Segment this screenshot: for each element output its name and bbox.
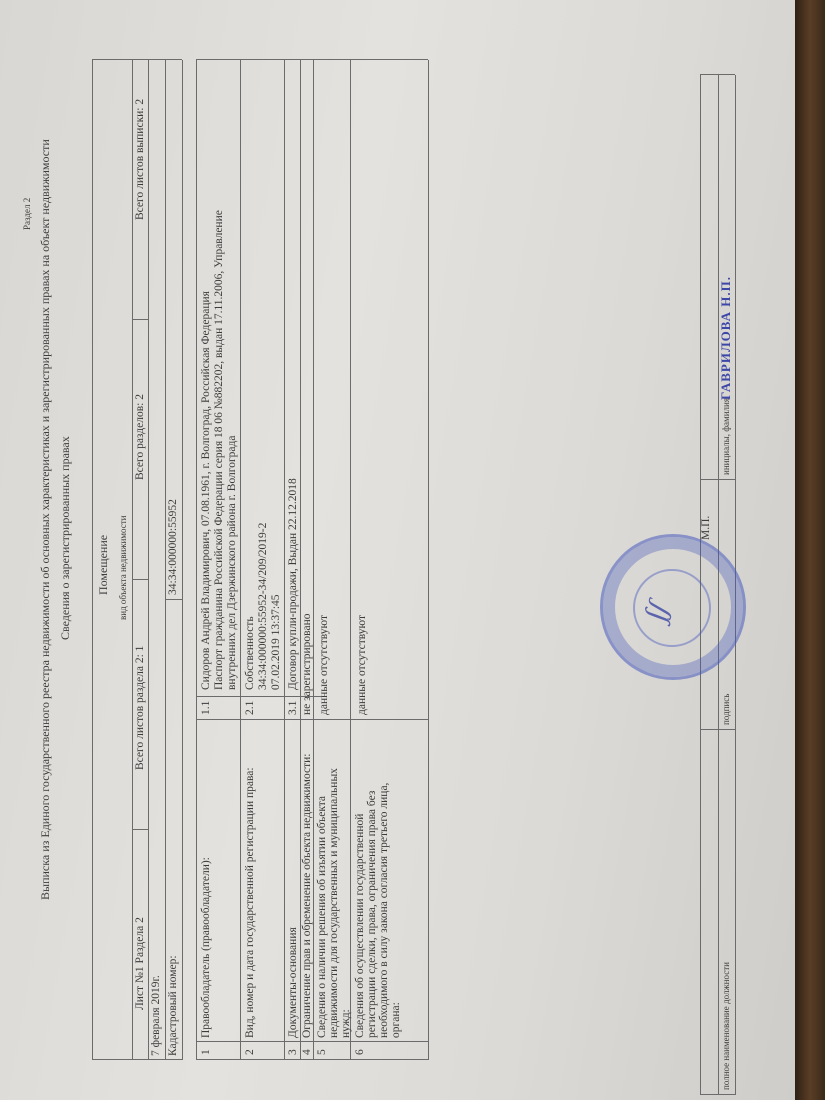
row-label: недвижимости для государственных и муниц… <box>328 768 340 1038</box>
official-stamp <box>600 534 746 680</box>
row-label: Вид, номер и дата государственной регист… <box>244 767 256 1038</box>
sheets-total: Всего листов выписки: 2 <box>134 99 146 220</box>
registration-date: 07.02.2019 13:37:45 <box>270 594 282 690</box>
owner-line: Паспорт гражданина Российской Федерации … <box>213 210 225 690</box>
right-type: Собственность <box>244 616 256 690</box>
row-label: необходимого в силу закона согласия трет… <box>378 783 390 1038</box>
object-type-caption: вид объекта недвижимости <box>118 516 128 620</box>
row-label: регистрации сделки, права, ограничения п… <box>366 791 378 1038</box>
object-type: Помещение <box>96 535 111 595</box>
owner-line: внутренних дел Дзержинского района г. Во… <box>226 436 238 690</box>
basis-document: Договор купли-продажи, Выдан 22.12.2018 <box>287 478 299 690</box>
row-value: не зарегистрировано <box>301 614 313 715</box>
row-number: 1 <box>200 1049 212 1055</box>
position-caption: полное наименование должности <box>721 962 731 1090</box>
signature-caption: подпись <box>721 694 731 725</box>
document-page: Раздел 2 Выписка из Единого государствен… <box>0 0 795 1100</box>
official-name: ГАВРИЛОВА Н.П. <box>718 276 734 400</box>
row-label: нужд: <box>340 1009 352 1038</box>
document-subtitle: Сведения о зарегистрированных правах <box>58 436 73 640</box>
cadastral-number: 34:34:000000:55952 <box>167 499 179 595</box>
stamp-label: М.П. <box>700 516 712 540</box>
row-sub-number: 1.1 <box>200 701 212 715</box>
sheets-in-section: Всего листов раздела 2: 1 <box>134 646 146 770</box>
row-label: Документы-основания <box>287 927 299 1038</box>
table-surface <box>795 0 825 1100</box>
row-label: Сведения об осуществлении государственно… <box>354 814 366 1038</box>
registration-number: 34:34:000000:55952-34/209/2019-2 <box>257 523 269 690</box>
extract-date: 7 февраля 2019г. <box>150 975 162 1056</box>
row-sub-number: 2.1 <box>244 701 256 715</box>
row-number: 6 <box>354 1049 366 1055</box>
row-number: 2 <box>244 1049 256 1055</box>
row-number: 5 <box>316 1049 328 1055</box>
cadastral-label: Кадастровый номер: <box>167 955 179 1056</box>
row-number: 4 <box>301 1049 313 1055</box>
row-number: 3 <box>287 1049 299 1055</box>
owner-line: Сидоров Андрей Владимирович, 07.08.1961,… <box>200 291 212 690</box>
row-label: органа: <box>390 1002 402 1038</box>
document-title: Выписка из Единого государственного реес… <box>38 139 53 900</box>
row-label: Правообладатель (правообладатели): <box>200 857 212 1038</box>
sheet-label: Лист №1 Раздела 2 <box>134 917 146 1010</box>
row-label: Ограничение прав и обременение объекта н… <box>301 754 313 1038</box>
section-label: Раздел 2 <box>22 198 32 230</box>
sections-total: Всего разделов: 2 <box>134 394 146 480</box>
row-value: данные отсутствуют <box>318 615 330 715</box>
row-label: Сведения о наличии решения об изъятии об… <box>316 796 328 1038</box>
name-caption: инициалы, фамилия <box>721 398 731 475</box>
row-sub-number: 3.1 <box>287 701 299 715</box>
row-value: данные отсутствуют <box>356 615 368 715</box>
